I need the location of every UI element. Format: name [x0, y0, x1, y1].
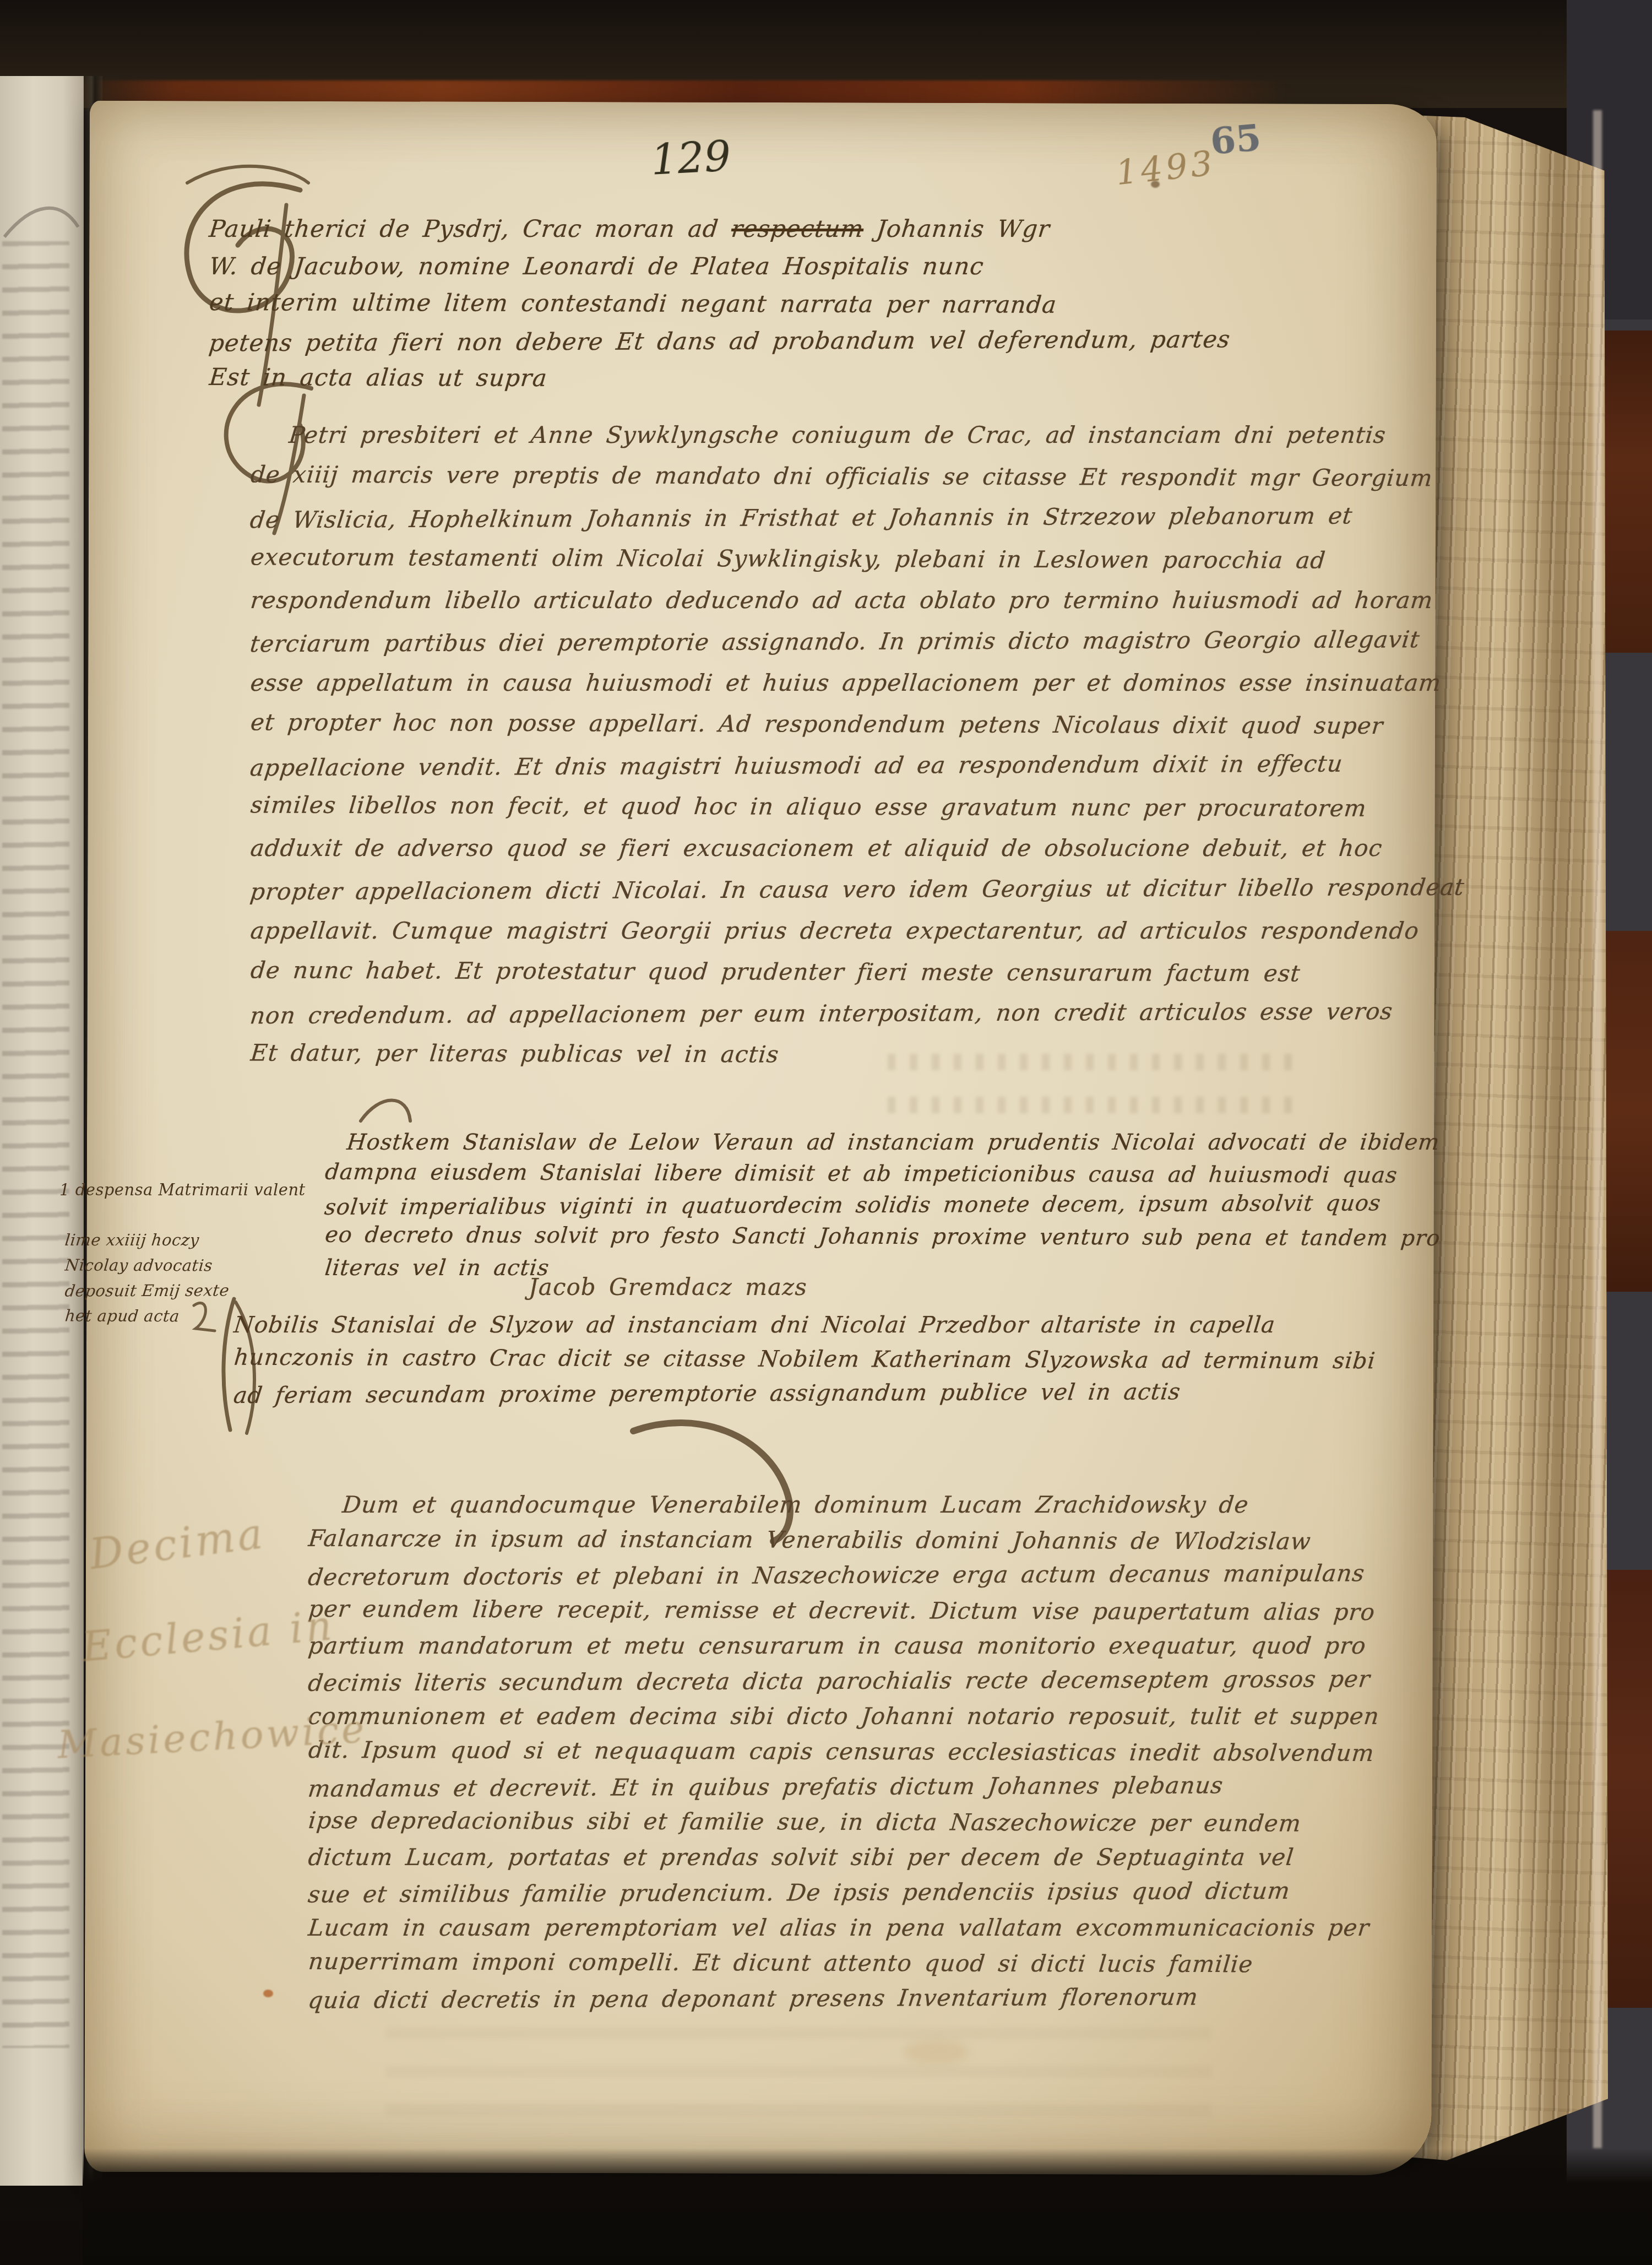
show-through-line [881, 1097, 1300, 1113]
facing-page-ghost-text [2, 241, 69, 2048]
manuscript-line: similes libellos non fecit, et quod hoc … [249, 784, 1466, 830]
manuscript-line: Falanarcze in ipsum ad instanciam Venera… [307, 1521, 1381, 1559]
manuscript-line: Est in acta alias ut supra [208, 359, 1231, 399]
manuscript-line: quia dicti decretis in pena deponant pre… [306, 1979, 1382, 2018]
page-stack-edge-highlight [1593, 110, 1602, 2148]
manuscript-line: de Wislicia, Hophelkinum Johannis in Fri… [248, 495, 1467, 540]
rust-stain [263, 1990, 273, 1997]
manuscript-line: petens petita fieri non debere Et dans a… [207, 321, 1233, 362]
manuscript-line: solvit imperialibus viginti in quatuorde… [323, 1188, 1443, 1223]
manuscript-line: ad feriam secundam proxime peremptorie a… [232, 1374, 1378, 1412]
manuscript-line: W. de Jacubow, nomine Leonardi de Platea… [207, 248, 1232, 285]
manuscript-line: decimis literis secundum decreta dicta p… [306, 1661, 1382, 1700]
archival-page-number: 65 [1209, 116, 1263, 163]
manuscript-line: eo decreto dnus solvit pro festo Sancti … [324, 1220, 1442, 1254]
manuscript-line: non credendum. ad appellacionem per eum … [248, 990, 1467, 1036]
manuscript-line: Lucam in causam peremptoriam vel alias i… [307, 1910, 1382, 1946]
entry-1: Pauli therici de Pysdrj, Crac moran ad r… [209, 210, 1050, 248]
entry-1-opening: Pauli therici de Pysdrj, Crac moran ad [208, 215, 720, 243]
manuscript-line: respondendum libello articulato deducend… [248, 579, 1466, 621]
margin-note-deposit: lime xxiiij hoczyNicolay advocatisdeposu… [65, 1227, 229, 1329]
manuscript-line: lime xxiiij hoczy [64, 1227, 231, 1253]
folio-number: 129 [650, 131, 732, 184]
manuscript-line: Petri presbiteri et Anne Sywklyngsche co… [248, 414, 1466, 456]
entry-3-signature: Jacob Gremdacz mazs [529, 1274, 807, 1301]
manuscript-line: communionem et eadem decima sibi dicto J… [307, 1699, 1382, 1734]
manuscript-line: terciarum partibus diei peremptorie assi… [248, 619, 1467, 664]
manuscript-line: dampna eiusdem Stanislai libere dimisit … [324, 1157, 1442, 1191]
manuscript-line: appellavit. Cumque magistri Georgii priu… [248, 910, 1466, 951]
paper-stain [903, 2039, 969, 2064]
manuscript-line: per eundem libere recepit, remisse et de… [307, 1591, 1381, 1630]
manuscript-line: propter appellacionem dicti Nicolai. In … [248, 866, 1467, 912]
manuscript-line: Et datur, per literas publicas vel in ac… [249, 1032, 1466, 1077]
manuscript-line: appellacione vendit. Et dnis magistri hu… [248, 743, 1467, 788]
manuscript-line: esse appellatum in causa huiusmodi et hu… [248, 662, 1466, 703]
manuscript-line: ipse depredacionibus sibi et familie sue… [307, 1803, 1381, 1841]
manuscript-line: Pauli therici de Pysdrj, Crac moran ad r… [207, 210, 1052, 248]
manuscript-line: adduxit de adverso quod se fieri excusac… [248, 827, 1466, 869]
manuscript-line: Hostkem Stanislaw de Lelow Veraun ad ins… [323, 1127, 1442, 1158]
manuscript-line: partium mandatorum et metu censurarum in… [307, 1628, 1382, 1663]
manuscript-line: nuperrimam imponi compelli. Et dicunt at… [307, 1944, 1381, 1982]
manuscript-line: dit. Ipsum quod si et nequaquam capis ce… [307, 1732, 1381, 1771]
manuscript-photo: 129 1493 65 Pauli therici de Pysdrj, Cra… [0, 0, 1652, 2265]
manuscript-line: hunczonis in castro Crac dicit se citass… [232, 1340, 1377, 1378]
manuscript-line: de nunc habet. Et protestatur quod prude… [249, 950, 1466, 995]
entry-3: Hostkem Stanislaw de Lelow Veraun ad ins… [325, 1127, 1441, 1284]
manuscript-line: literas vel in actis [323, 1253, 1442, 1284]
manuscript-line: deposuit Emij sexte [63, 1277, 231, 1303]
manuscript-line: mandamus et decrevit. Et in quibus prefa… [306, 1767, 1382, 1806]
manuscript-line: Nicolay advocatis [64, 1253, 230, 1278]
entry-1-opening-end: Johannis Wgr [875, 215, 1051, 243]
margin-note-deposit-heading: 1 despensa Matrimarii valent [59, 1178, 306, 1202]
entry-4: Nobilis Stanislai de Slyzow ad instancia… [234, 1308, 1376, 1410]
entry-5: Dum et quandocumque Venerabilem dominum … [308, 1487, 1379, 2016]
manuscript-line: decretorum doctoris et plebani in Naszec… [306, 1556, 1382, 1595]
manuscript-line: sue et similibus familie prudencium. De … [306, 1873, 1382, 1912]
entry-1-body: W. de Jacubow, nomine Leonardi de Platea… [209, 248, 1230, 398]
facing-page-sliver [0, 76, 84, 2186]
manuscript-line: Nobilis Stanislai de Slyzow ad instancia… [232, 1308, 1378, 1342]
manuscript-line: de xiiij marcis vere preptis de mandato … [249, 454, 1466, 499]
entry-2: Petri presbiteri et Anne Sywklyngsche co… [251, 414, 1464, 1075]
manuscript-line: Dum et quandocumque Venerabilem dominum … [307, 1487, 1382, 1522]
manuscript-line: executorum testamenti olim Nicolai Sywkl… [249, 537, 1466, 582]
struck-word: respectum [730, 215, 865, 243]
manuscript-line: het apud acta [64, 1303, 230, 1329]
book-bottom-shadow [83, 2148, 1652, 2265]
manuscript-line: dictum Lucam, portatas et prendas solvit… [307, 1840, 1382, 1875]
manuscript-line: et interim ultime litem contestandi nega… [208, 284, 1231, 324]
show-through-texture [385, 2027, 1211, 2137]
manuscript-line: et propter hoc non posse appellari. Ad r… [249, 702, 1466, 747]
